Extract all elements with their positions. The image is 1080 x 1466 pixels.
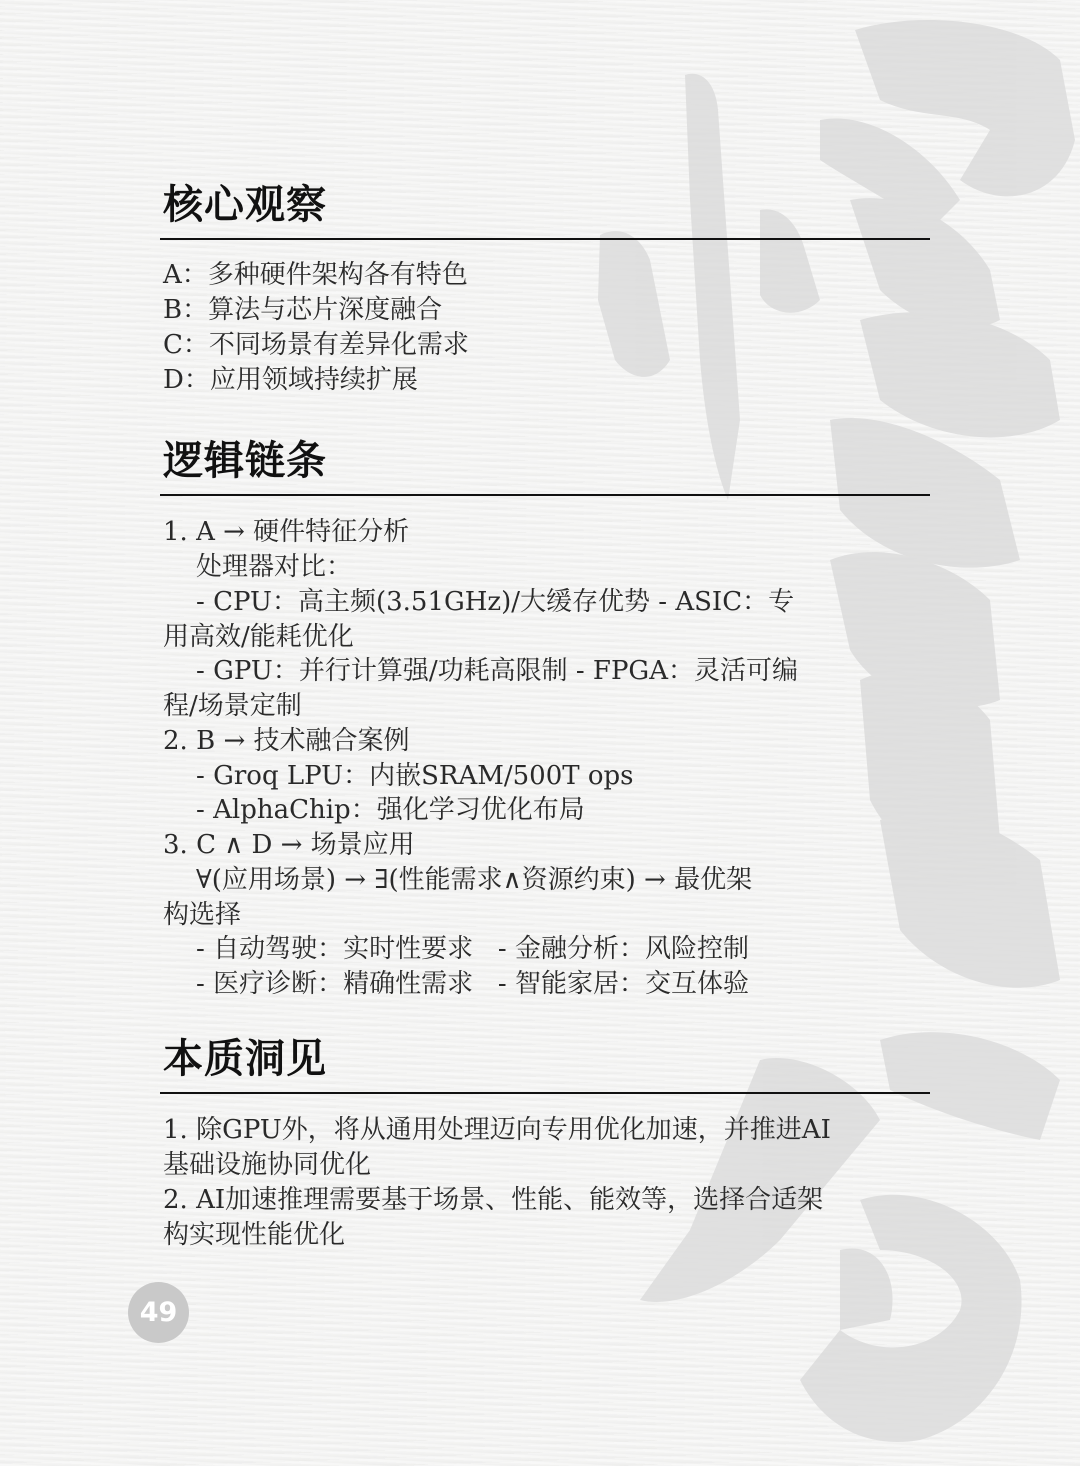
section-title-insights: 本质洞见 <box>163 1035 327 1083</box>
list-item: ∀(应用场景) → ∃(性能需求∧资源约束) → 最优架 <box>163 863 752 898</box>
list-item: - AlphaChip：强化学习优化布局 <box>163 793 585 828</box>
list-item: 处理器对比： <box>163 550 352 585</box>
list-item: 基础设施协同优化 <box>163 1148 371 1183</box>
list-item: 程/场景定制 <box>163 689 302 724</box>
list-item: C：不同场景有差异化需求 <box>163 328 469 363</box>
page-number-badge: 49 <box>128 1282 189 1343</box>
list-item: 3. C ∧ D → 场景应用 <box>163 828 415 863</box>
section-title-observations: 核心观察 <box>163 181 327 229</box>
list-item: D：应用领域持续扩展 <box>163 363 418 398</box>
list-item: 1. A → 硬件特征分析 <box>163 515 409 550</box>
list-item: - Groq LPU：内嵌SRAM/500T ops <box>163 759 634 794</box>
list-item: - CPU：高主频(3.51GHz)/大缓存优势 - ASIC：专 <box>163 585 794 620</box>
section-divider <box>160 1092 930 1094</box>
list-item: A：多种硬件架构各有特色 <box>163 258 468 293</box>
list-item: 1. 除GPU外，将从通用处理迈向专用优化加速，并推进AI <box>163 1113 831 1148</box>
list-item: B：算法与芯片深度融合 <box>163 293 442 328</box>
page-content: 核心观察 A：多种硬件架构各有特色 B：算法与芯片深度融合 C：不同场景有差异化… <box>0 0 1080 1466</box>
section-divider <box>160 238 930 240</box>
list-item: 用高效/能耗优化 <box>163 620 354 655</box>
list-item: 构选择 <box>163 898 241 933</box>
section-title-logic-chain: 逻辑链条 <box>163 437 327 485</box>
list-item: - GPU：并行计算强/功耗高限制 - FPGA：灵活可编 <box>163 654 798 689</box>
section-divider <box>160 494 930 496</box>
list-item: - 医疗诊断：精确性需求 - 智能家居：交互体验 <box>163 967 749 1002</box>
list-item: 构实现性能优化 <box>163 1218 345 1253</box>
list-item: - 自动驾驶：实时性要求 - 金融分析：风险控制 <box>163 932 749 967</box>
list-item: 2. AI加速推理需要基于场景、性能、能效等，选择合适架 <box>163 1183 823 1218</box>
list-item: 2. B → 技术融合案例 <box>163 724 410 759</box>
